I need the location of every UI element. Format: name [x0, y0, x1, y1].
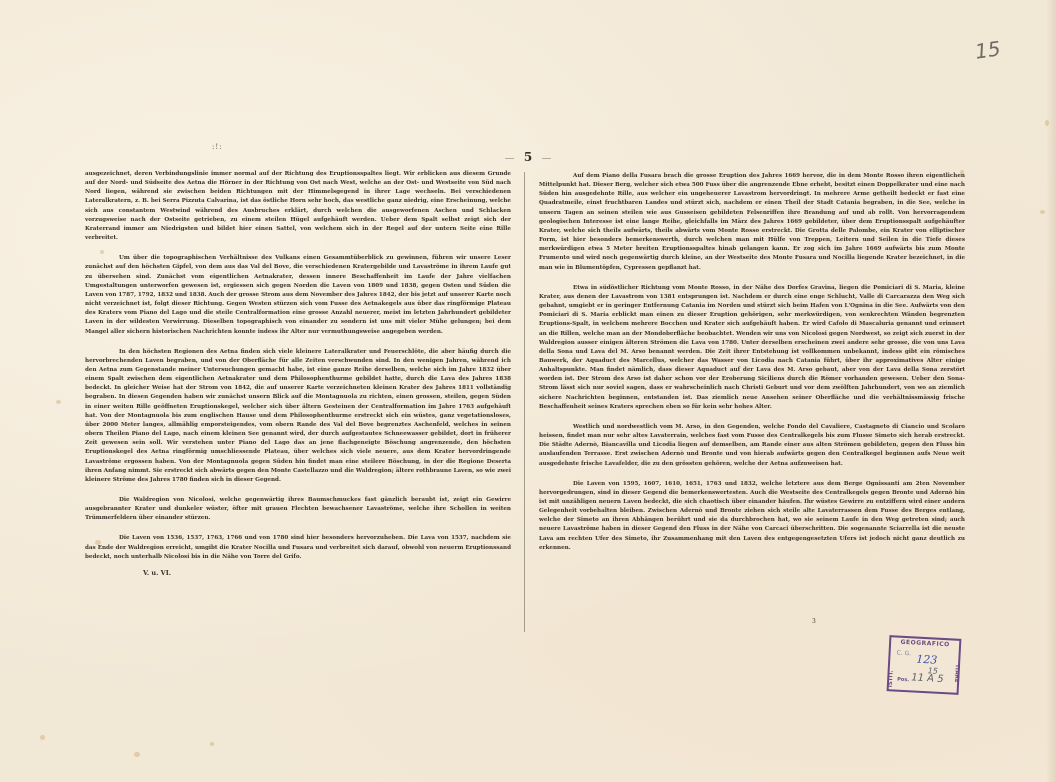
paragraph: ausgezeichnet, deren Verbindungslinie im…: [85, 170, 511, 243]
stamp-position-value: 11 A 5: [911, 672, 944, 685]
marginal-mark: :!:: [212, 143, 223, 151]
sheet-number: 3: [812, 618, 816, 625]
paragraph: Etwa in südöstlicher Richtung vom Monte …: [539, 284, 965, 412]
paragraph: Auf dem Piano della Fusara brach die gro…: [539, 172, 965, 273]
signature-mark: V. u. VI.: [143, 569, 511, 578]
scanned-page: :!: 5 15 ausgezeichnet, deren Verbindung…: [0, 0, 1056, 782]
foxing-spot: [1040, 210, 1045, 214]
stamp-institution-text: GEOGRAFICO: [895, 638, 955, 648]
text-column-right: Auf dem Piano della Fusara brach die gro…: [539, 172, 965, 564]
stamp-inventory-number: 123: [916, 653, 938, 667]
foxing-spot: [210, 742, 214, 746]
paragraph: Die Waldregion von Nicolosi, welche gege…: [85, 496, 511, 523]
handwritten-folio-number: 15: [973, 36, 1002, 63]
header-rule-right: [542, 158, 551, 159]
stamp-position-label: Pos.: [897, 677, 909, 684]
text-column-left: ausgezeichnet, deren Verbindungslinie im…: [85, 170, 511, 578]
header-rule-left: [505, 158, 514, 159]
paper-edge-shadow: [1046, 0, 1056, 782]
paragraph: Die Laven von 1595, 1607, 1610, 1651, 17…: [539, 480, 965, 553]
paragraph: In den höchsten Regionen des Aetna finde…: [85, 348, 511, 485]
paragraph: Die Laven von 1536, 1537, 1763, 1766 und…: [85, 534, 511, 561]
foxing-spot: [134, 752, 140, 757]
stamp-corner-text: C. G.: [896, 650, 911, 658]
paragraph: Westlich und nordwestlich vom M. Arso, i…: [539, 423, 965, 469]
foxing-spot: [40, 735, 45, 740]
column-divider: [524, 172, 525, 632]
stamp-right-text: ITARE: [953, 665, 960, 683]
library-stamp: GEOGRAFICO C. G. ISTIT. ITARE 123 15 Pos…: [887, 635, 962, 695]
page-number: 5: [518, 150, 538, 164]
paragraph: Um über die topographischen Verhältnisse…: [85, 254, 511, 336]
stamp-left-text: ISTIT.: [888, 670, 895, 687]
foxing-spot: [56, 400, 61, 404]
foxing-spot: [1045, 120, 1049, 126]
